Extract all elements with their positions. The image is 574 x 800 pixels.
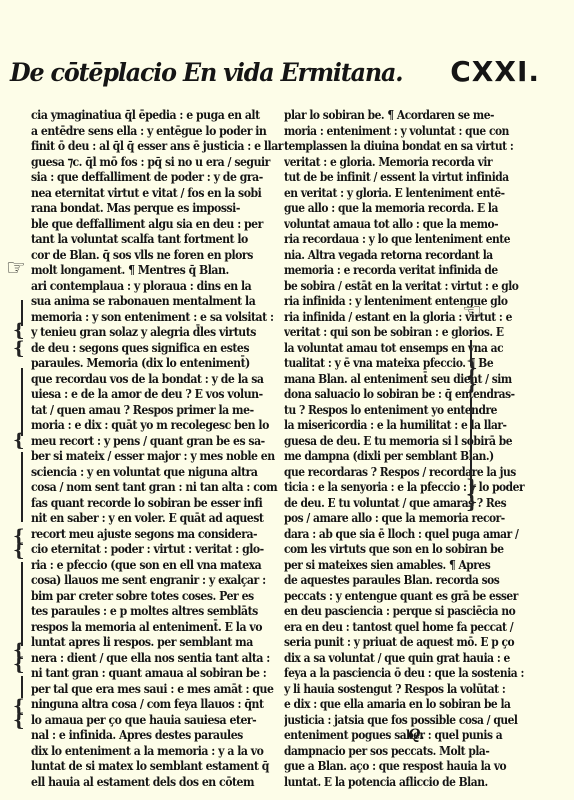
text-column-left: cia ymaginatiua q̄l ēpedia : e puga en a… xyxy=(31,107,291,789)
text-line: nea eternitat virtut e vitat / fos en la… xyxy=(31,185,291,201)
text-line: e dix : que ella amaria en lo sobiran be… xyxy=(284,696,545,712)
text-line: feya a la pasciencia ō deu : que la sost… xyxy=(284,665,545,681)
text-line: seria punit : y priuat de aquest mō. E p… xyxy=(284,634,545,650)
text-line: dix lo enteniment a la memoria : y a la … xyxy=(31,743,291,759)
text-line: veritat : e gloria. Memoria recorda vir xyxy=(284,154,545,170)
text-line: be sobira / estāt en la veritat : virtut… xyxy=(284,278,545,294)
text-line: voluntat amaua tot allo : que la memo- xyxy=(284,216,545,232)
text-line: bim par creter sobre totes coses. Per es xyxy=(31,588,291,604)
text-line: paraules. Memoria (dix lo enteniment̄) xyxy=(31,355,291,371)
text-line: finit ō deu : al q̄l q̄ esser ans ē just… xyxy=(31,138,291,154)
text-line: ble que deffalliment algu sia en deu : p… xyxy=(31,216,291,232)
text-line: la voluntat amau tot ensemps en vna ac xyxy=(284,340,545,356)
text-line: guesa de deu. E tu memoria si l sobirā b… xyxy=(284,433,545,449)
text-line: uiesa : e de la amor de deu ? E vos volu… xyxy=(31,386,291,402)
text-line: en deu pasciencia : perque si pasciēcia … xyxy=(284,603,545,619)
text-line: tut de be infinit / essent la virtut inf… xyxy=(284,169,545,185)
text-line: pos / amare allo : que la memoria recor- xyxy=(284,510,545,526)
text-line: me dampna (dixli per semblant Blan.) xyxy=(284,448,545,464)
signature-mark: Q. xyxy=(408,727,424,743)
margin-brace-icon: { xyxy=(13,340,25,358)
text-line: gue allo : que la memoria recorda. E la xyxy=(284,200,545,216)
manicule-icon: ☞ xyxy=(6,256,26,281)
text-line: y tenieu gran solaz y alegria d̄les virt… xyxy=(31,324,291,340)
text-line: y li hauia sostengut ? Respos la volūtat… xyxy=(284,681,545,697)
text-line: guesa ⁊c. q̄l mō fos : pq̄ si no u era /… xyxy=(31,154,291,170)
text-line: de aquestes paraules Blan. recorda sos xyxy=(284,572,545,588)
text-line: ari contemplaua : y ploraua : dins en la xyxy=(31,278,291,294)
text-line: per tal que era mes saui : e mes amāt : … xyxy=(31,681,291,697)
text-line: ria infinida : y lenteniment entengue gl… xyxy=(284,293,545,309)
text-line: a entēdre sens ella : y entēgue lo poder… xyxy=(31,123,291,139)
text-line: tu ? Respos lo enteniment yo entendre xyxy=(284,402,545,418)
text-line: memoria : y son enteniment : e sa volsit… xyxy=(31,309,291,325)
text-line: de deu : segons ques significa en estes xyxy=(31,340,291,356)
text-line: la misericordia : e la humilitat : e la … xyxy=(284,417,545,433)
text-line: justicia : jatsia que fos possible cosa … xyxy=(284,712,545,728)
running-title: De cōtēplacio En vida Ermitana. xyxy=(10,58,402,87)
margin-brace-icon: { xyxy=(13,712,25,730)
text-line: tes paraules : e p moltes altres semblāt… xyxy=(31,603,291,619)
text-line: tat / quen amau ? Respos primer la me- xyxy=(31,402,291,418)
text-line: com les virtuts que son en lo sobiran be xyxy=(284,541,545,557)
text-line: cia ymaginatiua q̄l ēpedia : e puga en a… xyxy=(31,107,291,123)
text-line: memoria : e recorda veritat infinida de xyxy=(284,262,545,278)
text-line: cor de Blan. q̄ sos vlls ne foren en plo… xyxy=(31,247,291,263)
text-line: ninguna altra cosa / com feya llauos : q… xyxy=(31,696,291,712)
text-line: mana Blan. al enteniment̄ seu dient / si… xyxy=(284,371,545,387)
text-line: sciencia : y en voluntat que niguna altr… xyxy=(31,464,291,480)
folio-number: CXXI. xyxy=(450,55,540,88)
margin-bracket-line xyxy=(21,676,23,698)
text-line: sua anima se rabonauen mentalment la xyxy=(31,293,291,309)
page-header: De cōtēplacio En vida Ermitana. CXXI. xyxy=(10,58,530,92)
margin-brace-icon: { xyxy=(13,656,25,674)
text-line: nit en saber : y en voler. E quāt ad aqu… xyxy=(31,510,291,526)
text-line: dampnacio per sos peccats. Molt pla- xyxy=(284,743,545,759)
text-line: molt longament. ¶ Mentres q̄ Blan. xyxy=(31,262,291,278)
text-line: dix a sa voluntat / que quin grat hauia … xyxy=(284,650,545,666)
text-line: meu recort : y pens / quant gran be es s… xyxy=(31,433,291,449)
text-line: dona saluacio lo sobiran be : q̄ entendr… xyxy=(284,386,545,402)
text-line: que recordaras ? Respos / recordare la j… xyxy=(284,464,545,480)
text-line: lo amaua per ço que hauia sauiesa eter- xyxy=(31,712,291,728)
text-line: peccats : y entengue quant es grā be ess… xyxy=(284,588,545,604)
manicule-icon: ☜ xyxy=(462,300,482,325)
margin-brace-icon: { xyxy=(13,542,25,560)
text-line: luntat. E la potencia afliccio de Blan. xyxy=(284,774,545,790)
text-line: que recordau vos de la bondat : y de la … xyxy=(31,371,291,387)
text-line: templassen la diuina bondat en sa virtut… xyxy=(284,138,545,154)
text-line: rana bondat. Mas perque es impossi- xyxy=(31,200,291,216)
text-line: ticia : e la senyoria : e la pfeccio : y… xyxy=(284,479,545,495)
text-line: tant la voluntat scalfa tant fortment lo xyxy=(31,231,291,247)
text-line: nal : e infinida. Apres destes paraules xyxy=(31,727,291,743)
text-line: moria : enteniment : y voluntat : que co… xyxy=(284,123,545,139)
text-line: recort meu ajuste segons ma considera- xyxy=(31,526,291,542)
text-line: gue a Blan. aço : que respost hauia la v… xyxy=(284,758,545,774)
text-line: tualitat : y ē vna mateixa pfeccio. ¶ Be xyxy=(284,355,545,371)
text-line: cosa / nom sent tant gran : ni tan alta … xyxy=(31,479,291,495)
text-line: de deu. E tu voluntat / que amaras ? Res xyxy=(284,495,545,511)
text-line: cio eternitat : poder : virtut : veritat… xyxy=(31,541,291,557)
margin-brace-icon: } xyxy=(466,376,478,394)
text-line: plar lo sobiran be. ¶ Acordaren se me- xyxy=(284,107,545,123)
text-line: en veritat : y gloria. E lenteniment ent… xyxy=(284,185,545,201)
text-line: cosa) llauos me sent engranir : y exalça… xyxy=(31,572,291,588)
text-line: dara : ab que sia ē lloch : quel puga am… xyxy=(284,526,545,542)
text-line: ria : e pfeccio (que son en ell vna mate… xyxy=(31,557,291,573)
text-line: moria : e dix : quāt yo m recolegesc ben… xyxy=(31,417,291,433)
text-line: veritat : qui son be sobiran : e glorios… xyxy=(284,324,545,340)
text-line: per si mateixes sien amables. ¶ Apres xyxy=(284,557,545,573)
margin-bracket-line xyxy=(21,562,23,646)
margin-brace-icon: } xyxy=(466,494,478,512)
text-line: ni tant gran : quant amaua al sobiran be… xyxy=(31,665,291,681)
text-line: ria recordaua : y lo que lenteniment ent… xyxy=(284,231,545,247)
margin-brace-icon: { xyxy=(13,432,25,450)
text-line: luntat de si matex lo semblant estament … xyxy=(31,758,291,774)
text-line: luntat apres li respos. per semblant ma xyxy=(31,634,291,650)
text-line: nia. Altra vegada retorna recordant la xyxy=(284,247,545,263)
margin-bracket-line xyxy=(21,452,23,522)
margin-bracket-line xyxy=(21,368,23,436)
text-column-right: plar lo sobiran be. ¶ Acordaren se me-mo… xyxy=(284,107,546,789)
text-line: fas quant recorde lo sobiran be esser in… xyxy=(31,495,291,511)
text-line: sia : que deffalliment de poder : y de g… xyxy=(31,169,291,185)
text-line: ber si mateix / esser major : y mes nobl… xyxy=(31,448,291,464)
text-line: nera : dient / que ella nos sentia tant … xyxy=(31,650,291,666)
text-line: ell hauia al estament dels dos en cōtem xyxy=(31,774,291,790)
text-line: ria infinida / estant en la gloria : vir… xyxy=(284,309,545,325)
text-line: era en deu : tantost quel home fa peccat… xyxy=(284,619,545,635)
text-line: respos la memoria al enteniment̄. E la v… xyxy=(31,619,291,635)
